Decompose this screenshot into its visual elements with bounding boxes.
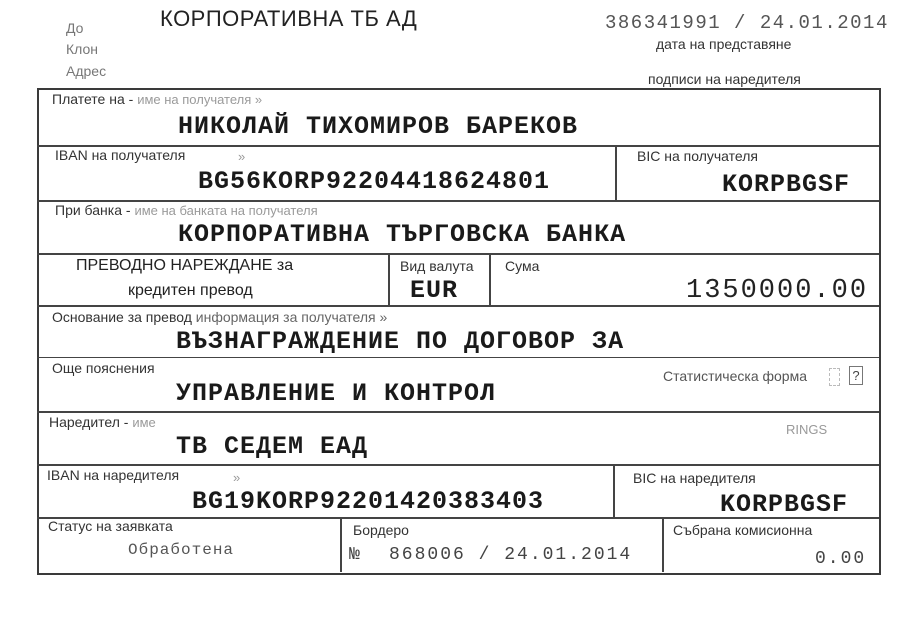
to-label: До [66,20,83,36]
to-bank-value: КОРПОРАТИВНА ТБ АД [160,6,417,32]
sender-label: Наредител - име [49,414,156,430]
sender-bic-label: BIC на наредителя [633,470,756,486]
divider [37,411,879,413]
address-label: Адрес [66,63,106,79]
sender-iban-label: IBAN на наредителя [47,467,179,483]
bank-label-hint: име на банката на получателя [134,203,317,218]
branch-label: Клон [66,41,98,57]
beneficiary-iban: BG56KORP92204418624801 [198,167,550,196]
submission-date-label: дата на представяне [656,36,791,52]
question-icon: ? [849,366,863,385]
purpose-text: ВЪЗНАГРАЖДЕНИЕ ПО ДОГОВОР ЗА [176,327,624,356]
arrow-icon: » [238,149,245,164]
divider [37,464,879,466]
divider [613,464,615,518]
divider [615,145,617,201]
currency-label: Вид валута [400,258,474,274]
bordereau-no-sign: № [349,545,360,565]
order-title-line1: ПРЕВОДНО НАРЕЖДАНЕ за [76,257,293,275]
beneficiary-iban-label: IBAN на получателя [55,147,185,163]
bank-name: КОРПОРАТИВНА ТЪРГОВСКА БАНКА [178,220,626,249]
divider [340,517,342,572]
amount-label: Сума [505,258,539,274]
status-label: Статус на заявката [48,518,173,534]
bordereau-value: 868006 / 24.01.2014 [389,545,632,565]
stat-form-box [829,368,840,386]
purpose-label-hint: информация за получателя » [196,309,387,325]
bank-label-text: При банка - [55,202,131,218]
divider [37,253,879,255]
stat-form-label: Статистическа форма [663,368,807,384]
order-title-line2: кредитен превод [128,282,253,300]
extra-notes-label: Още пояснения [52,360,155,376]
divider [662,517,664,572]
status-value: Обработена [128,541,234,559]
divider [37,357,879,358]
sender-label-hint: име [132,415,155,430]
commission-value: 0.00 [815,549,866,569]
system-label: RINGS [786,422,827,437]
beneficiary-label-hint: име на получателя » [137,92,262,107]
sender-bic: KORPBGSF [720,490,848,519]
extra-notes-text: УПРАВЛЕНИЕ И КОНТРОЛ [176,379,496,408]
bordereau-label: Бордеро [353,522,409,538]
commission-label: Събрана комисионна [673,522,812,538]
arrow-icon: » [233,470,240,485]
sender-iban: BG19KORP92201420383403 [192,487,544,516]
purpose-label: Основание за превод информация за получа… [52,309,387,325]
divider [388,253,390,306]
beneficiary-label-text: Платете на - [52,91,133,107]
bank-label: При банка - име на банката на получателя [55,202,318,218]
beneficiary-bic-label: BIC на получателя [637,148,758,164]
sender-name: ТВ СЕДЕМ ЕАД [176,432,368,461]
beneficiary-label: Платете на - име на получателя » [52,91,262,107]
beneficiary-name: НИКОЛАЙ ТИХОМИРОВ БАРЕКОВ [178,112,578,141]
sender-label-text: Наредител - [49,414,128,430]
signatures-label: подписи на наредителя [648,71,801,87]
beneficiary-bic: KORPBGSF [722,170,850,199]
amount-value: 1350000.00 [686,276,868,306]
currency-value: EUR [410,276,458,305]
purpose-label-text: Основание за превод [52,309,192,325]
divider [489,253,491,306]
reference-number: 386341991 / 24.01.2014 [605,12,889,34]
